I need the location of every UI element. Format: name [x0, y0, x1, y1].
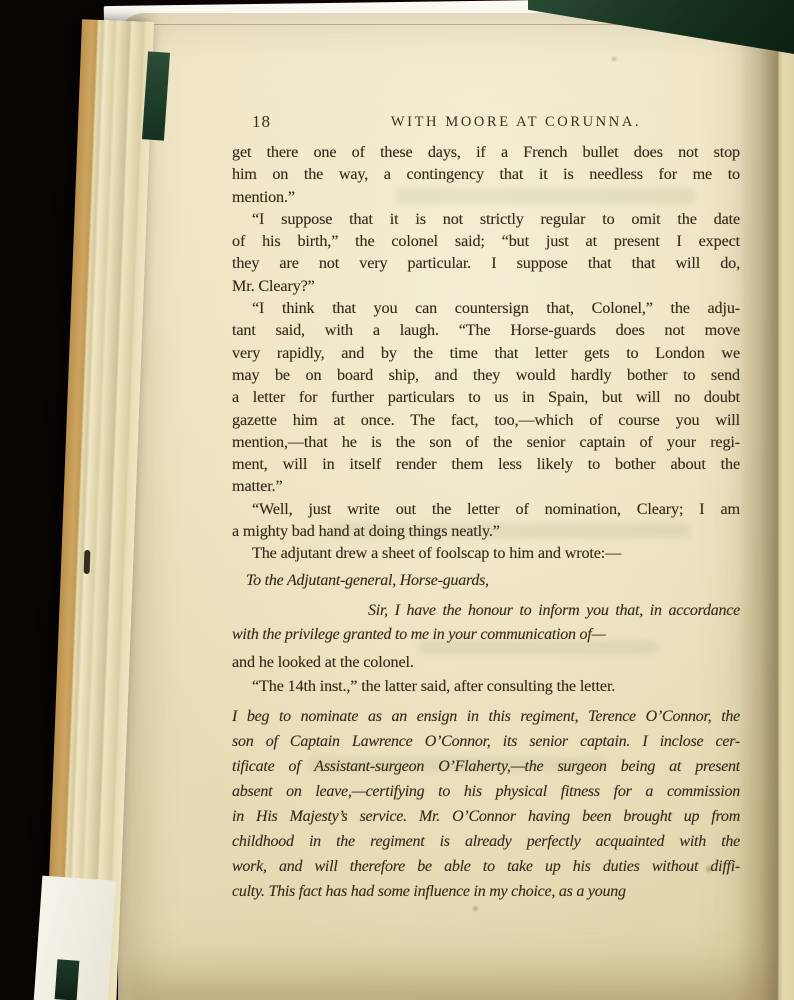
text-line: I beg to nominate as an ensign in this r… — [232, 704, 740, 729]
spine-shadow-mark — [84, 550, 91, 574]
paragraph-nomination: “Well, just write out the letter of nomi… — [232, 498, 740, 543]
page-fold-shadow — [738, 13, 778, 1000]
text-line: “The 14th inst.,” the latter said, after… — [232, 675, 740, 697]
text-line: get there one of these days, if a French… — [232, 141, 740, 163]
narrative-aside: “The 14th inst.,” the latter said, after… — [232, 675, 740, 697]
text-line: very rapidly, and by the time that lette… — [232, 342, 740, 364]
text-line: “I suppose that it is not strictly regul… — [232, 208, 740, 230]
text-line: a letter for further particulars to us i… — [232, 386, 740, 408]
text-line: may be on board ship, and they would har… — [232, 364, 740, 386]
text-line: mention,—that he is the son of the senio… — [232, 431, 740, 453]
text-line: To the Adjutant-general, Horse-guards, — [232, 569, 740, 593]
book-page: 18 WITH MOORE AT CORUNNA. get there one … — [118, 13, 778, 1000]
text-line: they are not very particular. I suppose … — [232, 252, 740, 274]
letter-address: To the Adjutant-general, Horse-guards, — [232, 569, 740, 593]
page-number: 18 — [252, 112, 271, 132]
text-line: and he looked at the colonel. — [232, 651, 740, 673]
text-line: him on the way, a contingency that it is… — [232, 163, 740, 185]
text-line: with the privilege granted to me in your… — [232, 623, 740, 647]
paragraph-continuation: get there one of these days, if a French… — [232, 141, 740, 208]
text-line: tant said, with a laugh. “The Horse-guar… — [232, 319, 740, 341]
text-line: of his birth,” the colonel said; “but ju… — [232, 230, 740, 252]
paragraph-countersign: “I think that you can countersign that, … — [232, 297, 740, 498]
text-line: absent on leave,—certifying to his physi… — [232, 779, 740, 804]
text-line: The adjutant drew a sheet of foolscap to… — [232, 542, 740, 564]
foxing-spot — [473, 906, 478, 911]
text-line: Mr. Cleary?” — [232, 275, 740, 297]
text-line: a mighty bad hand at doing things neatly… — [232, 520, 740, 542]
paragraph-foolscap: The adjutant drew a sheet of foolscap to… — [232, 542, 740, 564]
letter-salutation: Sir, I have the honour to inform you tha… — [232, 599, 740, 647]
text-line: mention.” — [232, 186, 740, 208]
text-line: Sir, I have the honour to inform you tha… — [232, 599, 740, 623]
letter-body: I beg to nominate as an ensign in this r… — [232, 704, 740, 904]
text-line: childhood in the regiment is already per… — [232, 829, 740, 854]
paragraph-suppose: “I suppose that it is not strictly regul… — [232, 208, 740, 297]
text-line: matter.” — [232, 475, 740, 497]
book-cover-edge-bottom-left — [55, 959, 80, 1000]
text-line: work, and will therefore be able to take… — [232, 854, 740, 879]
foxing-spot — [612, 57, 616, 61]
running-title: WITH MOORE AT CORUNNA. — [391, 114, 641, 131]
text-line: in His Majesty’s service. Mr. O’Connor h… — [232, 804, 740, 829]
text-line: culty. This fact has had some influence … — [232, 879, 740, 904]
adjacent-page-sliver — [777, 0, 794, 1000]
text-line: “Well, just write out the letter of nomi… — [232, 498, 740, 520]
text-line: son of Captain Lawrence O’Connor, its se… — [232, 729, 740, 754]
text-line: tificate of Assistant-surgeon O’Flaherty… — [232, 754, 740, 779]
narrative-aside: and he looked at the colonel. — [232, 651, 740, 673]
text-line: gazette him at once. The fact, too,—whic… — [232, 409, 740, 431]
running-header: 18 WITH MOORE AT CORUNNA. — [232, 112, 740, 134]
text-line: ment, will in itself render them less li… — [232, 453, 740, 475]
text-column: get there one of these days, if a French… — [232, 141, 740, 904]
text-line: “I think that you can countersign that, … — [232, 297, 740, 319]
